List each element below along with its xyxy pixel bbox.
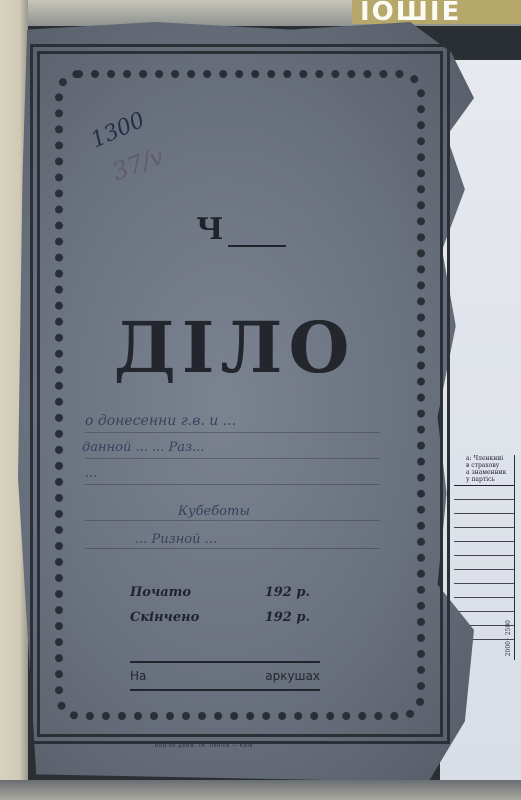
part-number-blank	[228, 245, 286, 247]
form-row	[454, 570, 514, 584]
finished-row: Скінчено 192 р.	[130, 610, 330, 635]
divider-line	[130, 661, 320, 663]
finished-year: 192 р.	[265, 610, 310, 635]
form-row	[454, 486, 514, 500]
writing-rule	[85, 520, 380, 521]
writing-rule	[85, 432, 380, 433]
sheets-suffix: аркушах	[265, 669, 320, 683]
form-header-line: а: Членкниі	[466, 455, 514, 462]
cover-title: ДІЛО	[112, 312, 357, 384]
form-row	[454, 500, 514, 514]
sheets-prefix: На	[130, 669, 146, 683]
writing-rule	[85, 548, 380, 549]
form-header-line: у партісь	[466, 476, 514, 483]
form-header-line: а знаменник	[466, 469, 514, 476]
form-row	[454, 514, 514, 528]
started-row: Почато 192 р.	[130, 585, 330, 610]
bottom-edge	[0, 780, 521, 800]
form-header-line: в страхову	[466, 462, 514, 469]
printer-imprint: Вид-во Держ. ім. Леніна — Київ	[155, 743, 253, 749]
background-label-text: IOШІЕ	[360, 0, 461, 24]
date-block: Почато 192 р. Скінчено 192 р.	[130, 585, 330, 635]
writing-rule	[85, 458, 380, 459]
finished-label: Скінчено	[130, 610, 199, 635]
started-label: Почато	[130, 585, 191, 610]
divider-line	[130, 689, 320, 691]
form-header: а: Членкниі в страхову а знаменник у пар…	[454, 455, 514, 486]
form-code: 2000 · 2500	[505, 620, 512, 656]
started-year: 192 р.	[265, 585, 310, 610]
background-label: IOШІЕ	[352, 0, 521, 24]
form-row	[454, 556, 514, 570]
writing-rule	[85, 484, 380, 485]
form-row	[454, 584, 514, 598]
handwritten-location: ... Ризной ...	[135, 532, 217, 547]
form-row	[454, 528, 514, 542]
handwritten-subject-line: ...	[85, 466, 97, 481]
handwritten-district: Кубеботы	[178, 504, 250, 519]
handwritten-subject-line: о донесенни г.в. и ...	[85, 413, 236, 429]
handwritten-subject-line: данной ... ... Раз...	[82, 440, 205, 455]
sheet-count-row: На аркушах	[130, 669, 320, 683]
form-row	[454, 598, 514, 612]
form-row	[454, 542, 514, 556]
part-label: Ч	[196, 212, 223, 247]
